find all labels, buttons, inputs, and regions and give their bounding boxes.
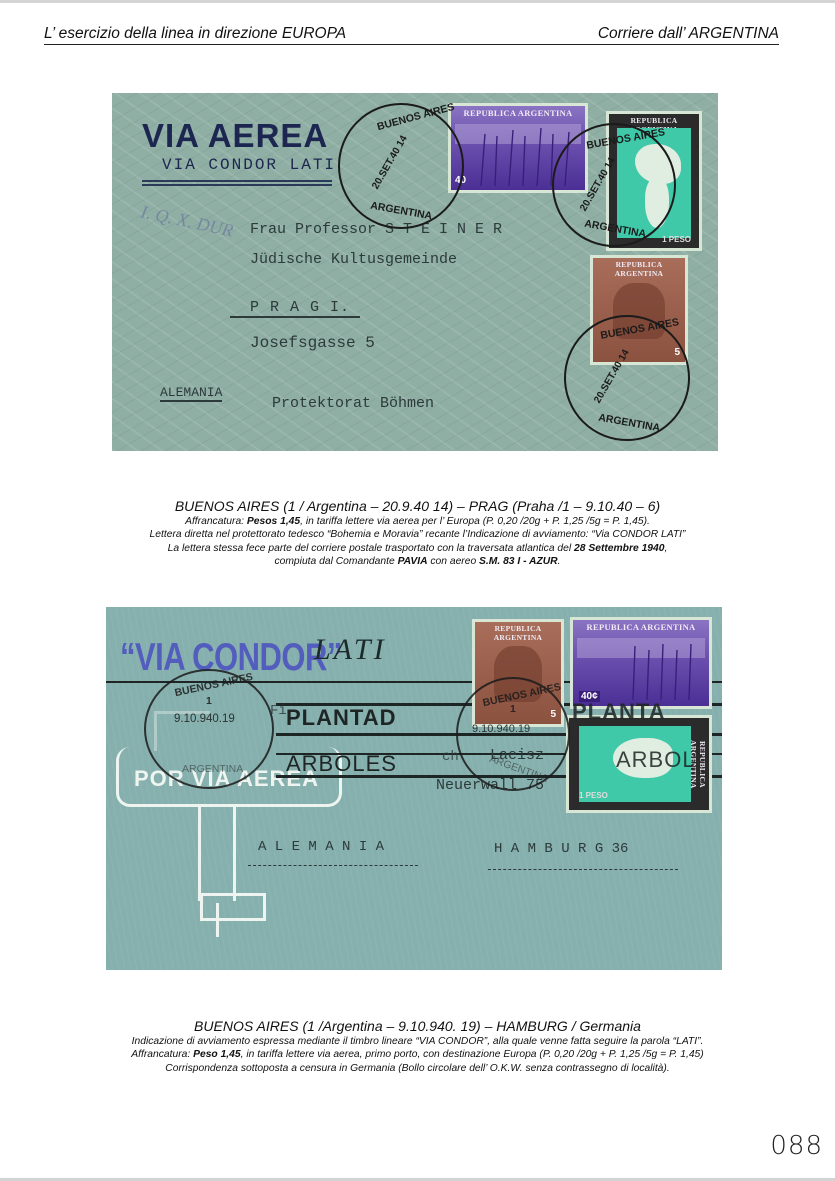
text-bold: PAVIA [398,556,428,567]
text-bold: Pesos 1,45 [247,516,300,527]
postmark-bottom: ARGENTINA [583,218,647,241]
dashed-underline [248,865,418,866]
postmark-bottom: ARGENTINA [369,200,433,223]
caption-1-line-2: Affrancatura: Pesos 1,45, in tariffa let… [0,515,835,528]
slogan-arboles: ARBOLES [286,751,397,777]
slogan-plantad: PLANTAD [286,705,396,731]
postmark-1: BUENOS AIRES 1 9.10.940.19 ARGENTINA [144,669,274,789]
stamp-label: REPUBLICA ARGENTINA [593,260,685,278]
postmark-num: 1 [206,695,212,707]
postmark-top: BUENOS AIRES [174,671,254,699]
text-bold: Peso 1,45 [193,1049,241,1060]
address-city: H A M B U R G 36 [494,841,628,857]
caption-2-line-3: Affrancatura: Peso 1,45, in tariffa lett… [0,1048,835,1061]
slogan-repeat-planta: PLANTA [572,699,666,725]
text-bold: 28 Settembre 1940 [574,543,664,554]
dashed-underline [488,869,678,870]
text: , [664,543,667,554]
caption-2-line-2: Indicazione di avviamento espressa media… [0,1035,835,1048]
stamp-value: 1 PESO [579,791,608,800]
text: compiuta dal Comandante [274,556,397,567]
postmark-num: 1 [510,703,516,715]
airplane-fuselage-icon [198,805,236,901]
postmark-date: 20.SET.40 14 [370,134,410,192]
slogan-repeat-arbol: ARBOL [616,747,696,773]
top-rule [0,0,835,3]
text: , in tariffa lettere via aerea per l’ Eu… [300,516,650,527]
caption-1-line-3: Lettera diretta nel protettorato tedesco… [0,528,835,541]
text: . [558,556,561,567]
postmark-date: 20.SET.40 14 [592,348,632,406]
header-right-title: Corriere dall’ ARGENTINA [598,25,779,43]
postmark-2: BUENOS AIRES 1 9.10.940.19 ARGENTINA [456,677,570,791]
header-left-title: L’ esercizio della linea in direzione EU… [44,25,346,43]
caption-1: BUENOS AIRES (1 / Argentina – 20.9.40 14… [0,498,835,568]
postmark-date: 9.10.940.19 [472,723,530,735]
stamp-value: 1 PESO [662,235,691,244]
page-header: L’ esercizio della linea in direzione EU… [44,24,779,45]
page-number: 088 [770,1131,823,1161]
postmark-2: BUENOS AIRES 20.SET.40 14 ARGENTINA [552,123,676,247]
address-suffix: ch [442,749,459,765]
postmark-date: 20.SET.40 14 [578,156,618,214]
address-street: Josefsgasse 5 [250,334,375,352]
postmark-top: BUENOS AIRES [600,316,680,342]
address-country: A L E M A N I A [258,839,384,855]
text: Affrancatura: [185,516,247,527]
postmark-top: BUENOS AIRES [376,101,456,133]
handwritten-mark: I. Q. X. DUR [139,201,235,241]
address-country: ALEMANIA [160,385,222,402]
cover-1-envelope: VIA AEREA VIA CONDOR LATI I. Q. X. DUR F… [112,93,718,451]
postmark-bottom: ARGENTINA [182,763,243,775]
caption-1-line-5: compiuta dal Comandante PAVIA con aereo … [0,555,835,568]
double-rule [142,180,332,182]
address-line-2: Jüdische Kultusgemeinde [250,251,457,268]
address-region: Protektorat Böhmen [272,395,434,412]
stamp-label: REPUBLICA ARGENTINA [475,624,561,642]
via-aerea-label: VIA AEREA [142,117,328,155]
postmark-bottom: ARGENTINA [597,412,661,435]
postmark-top: BUENOS AIRES [586,126,666,152]
caption-2-line-4: Corrispondenza sottoposta a censura in G… [0,1062,835,1075]
airplane-tail-icon [200,893,266,921]
caption-1-title: BUENOS AIRES (1 / Argentina – 20.9.40 14… [0,498,835,514]
postmark-1: BUENOS AIRES 20.SET.40 14 ARGENTINA [338,103,464,229]
text: La lettera stessa fece parte del corrier… [168,543,574,554]
text: con aereo [428,556,480,567]
text: , in tariffa lettere via aerea, primo po… [241,1049,704,1060]
lati-handwritten: LATI [314,633,387,667]
text-bold: S.M. 83 I - AZUR [479,556,558,567]
caption-2: BUENOS AIRES (1 /Argentina – 9.10.940. 1… [0,1018,835,1075]
via-condor-lati-label: VIA CONDOR LATI [162,156,336,174]
stamp-violet-sugarcane: REPUBLICA ARGENTINA 40¢ [570,617,712,709]
cover-2-envelope: POR VIA AEREA “VIA CONDOR” LATI PLANTAD … [106,607,722,970]
postmark-3: BUENOS AIRES 20.SET.40 14 ARGENTINA [564,315,690,441]
airplane-tail-fin-icon [216,903,219,937]
caption-1-line-4: La lettera stessa fece parte del corrier… [0,542,835,555]
text: Affrancatura: [131,1049,193,1060]
postmark-top: BUENOS AIRES [482,681,562,709]
postmark-bottom: ARGENTINA [488,753,550,785]
stamp-label: REPUBLICA ARGENTINA [695,722,707,806]
caption-2-title: BUENOS AIRES (1 /Argentina – 9.10.940. 1… [0,1018,835,1034]
address-city: P R A G I. [230,299,360,318]
postmark-date: 9.10.940.19 [174,713,235,725]
